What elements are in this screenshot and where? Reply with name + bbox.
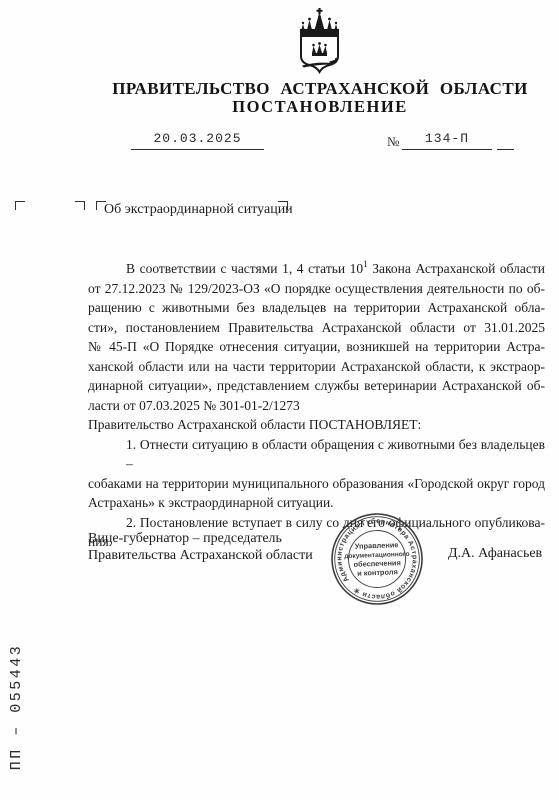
body-line: динарной ситуации», представлением служб… xyxy=(88,376,545,396)
body-line: собаками на территории муниципального об… xyxy=(88,474,545,494)
coat-of-arms-icon xyxy=(287,8,353,78)
body-line: Астрахань» к экстраординарной ситуации. xyxy=(88,493,545,513)
number-underline-tail xyxy=(497,149,514,150)
signer-position-line2: Правительства Астраханской области xyxy=(88,547,313,564)
corner-mark-icon xyxy=(15,201,25,210)
number-sign: № xyxy=(387,134,399,150)
official-stamp: Администрация Губернатора Астраханской о… xyxy=(327,504,427,611)
svg-text:и контроля: и контроля xyxy=(357,567,398,577)
body-line: ращению с животными без владельцев на те… xyxy=(88,298,545,318)
signer-name: Д.А. Афанасьев xyxy=(448,546,542,562)
body-line: ханской области или на части территории … xyxy=(88,357,545,377)
document-date: 20.03.2025 xyxy=(131,131,264,150)
document-body: В соответствии с частями 1, 4 статьи 101… xyxy=(88,259,545,552)
body-line: № 45-П «О Порядке отнесения ситуации, во… xyxy=(88,337,545,357)
issuing-authority: ПРАВИТЕЛЬСТВО АСТРАХАНСКОЙ ОБЛАСТИ xyxy=(60,79,559,99)
signer-position: Вице-губернатор – председатель Правитель… xyxy=(88,530,313,564)
document-number: 134-П xyxy=(402,131,492,150)
body-line: сти», постановлением Правительства Астра… xyxy=(88,318,545,338)
document-page: ПРАВИТЕЛЬСТВО АСТРАХАНСКОЙ ОБЛАСТИ ПОСТА… xyxy=(0,0,559,800)
body-line: от 27.12.2023 № 129/2023-ОЗ «О порядке о… xyxy=(88,279,545,299)
body-text: В соответствии с частями 1, 4 статьи 10 xyxy=(126,261,363,276)
body-line: Правительство Астраханской области ПОСТА… xyxy=(88,415,545,435)
signer-position-line1: Вице-губернатор – председатель xyxy=(88,530,313,547)
document-subject: Об экстраординарной ситуации xyxy=(104,202,293,218)
corner-mark-icon xyxy=(75,201,85,210)
stamp-center-text: Управление документационного обеспечения… xyxy=(344,540,411,578)
body-text: Закона Астраханской области xyxy=(368,261,545,276)
body-line: В соответствии с частями 1, 4 статьи 101… xyxy=(88,259,545,279)
blank-series-number: ПП – 055443 xyxy=(8,640,34,774)
body-line: 1. Отнести ситуацию в области обращения … xyxy=(88,435,545,474)
document-type: ПОСТАНОВЛЕНИЕ xyxy=(60,97,559,117)
body-line: ласти от 07.03.2025 № 301-01-2/1273 xyxy=(88,396,545,416)
svg-text:Управление: Управление xyxy=(355,540,399,551)
